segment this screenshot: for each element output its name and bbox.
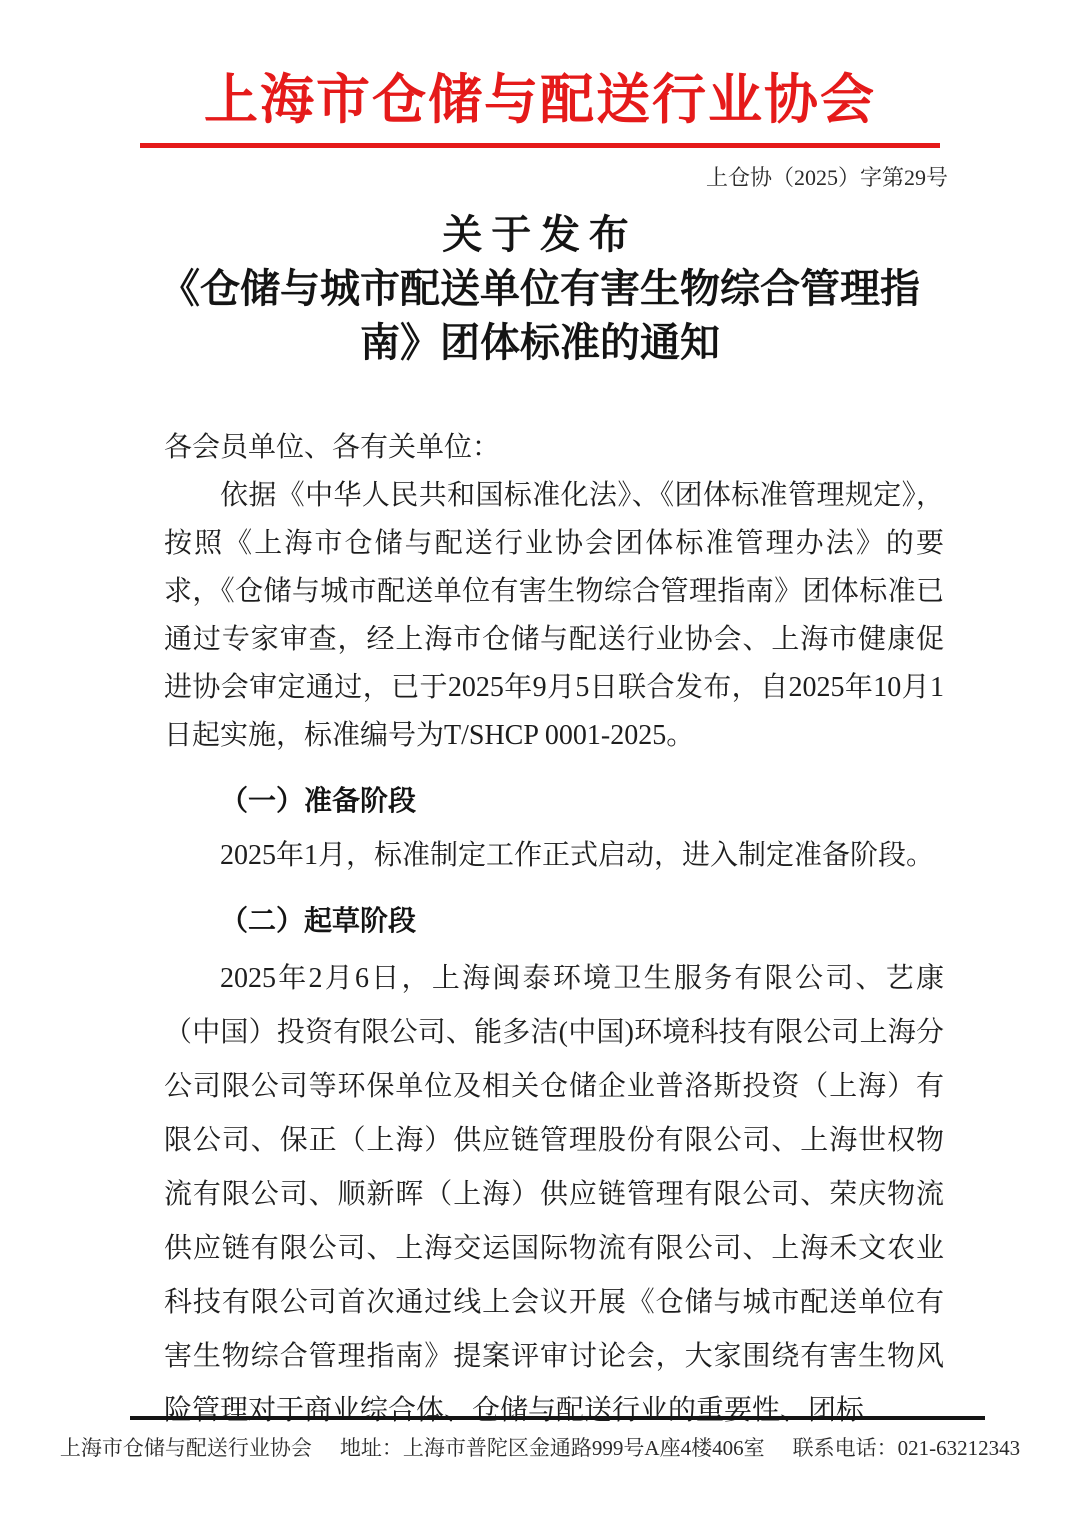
document-title-line-1: 关于发布 bbox=[0, 208, 1080, 262]
document-title-line-3: 南》团体标准的通知 bbox=[0, 316, 1080, 370]
footer-address: 地址：上海市普陀区金通路999号A座4楼406室 bbox=[340, 1436, 765, 1460]
footer-phone: 联系电话：021-63212343 bbox=[793, 1436, 1021, 1460]
section-2-heading: （二）起草阶段 bbox=[164, 898, 944, 946]
document-title-line-2: 《仓储与城市配送单位有害生物综合管理指 bbox=[0, 262, 1080, 316]
document-body: 各会员单位、各有关单位： 依据《中华人民共和国标准化法》、《团体标准管理规定》，… bbox=[164, 424, 944, 1438]
footer-divider-rule bbox=[130, 1416, 985, 1420]
document-title: 关于发布 《仓储与城市配送单位有害生物综合管理指 南》团体标准的通知 bbox=[0, 208, 1080, 370]
section-1-heading: （一）准备阶段 bbox=[164, 778, 944, 826]
footer: 上海市仓储与配送行业协会地址：上海市普陀区金通路999号A座4楼406室联系电话… bbox=[0, 1434, 1080, 1463]
footer-org: 上海市仓储与配送行业协会 bbox=[60, 1436, 312, 1460]
document-page: 上海市仓储与配送行业协会 上仓协（2025）字第29号 关于发布 《仓储与城市配… bbox=[0, 0, 1080, 1527]
salutation: 各会员单位、各有关单位： bbox=[164, 424, 944, 472]
letterhead-org-title: 上海市仓储与配送行业协会 bbox=[0, 0, 1080, 133]
letterhead-divider-rule bbox=[140, 143, 940, 148]
intro-paragraph: 依据《中华人民共和国标准化法》、《团体标准管理规定》，按照《上海市仓储与配送行业… bbox=[164, 472, 944, 760]
section-2-paragraph: 2025年2月6日，上海闽泰环境卫生服务有限公司、艺康（中国）投资有限公司、能多… bbox=[164, 952, 944, 1438]
document-number: 上仓协（2025）字第29号 bbox=[0, 164, 948, 193]
section-1-paragraph: 2025年1月，标准制定工作正式启动，进入制定准备阶段。 bbox=[164, 832, 944, 880]
